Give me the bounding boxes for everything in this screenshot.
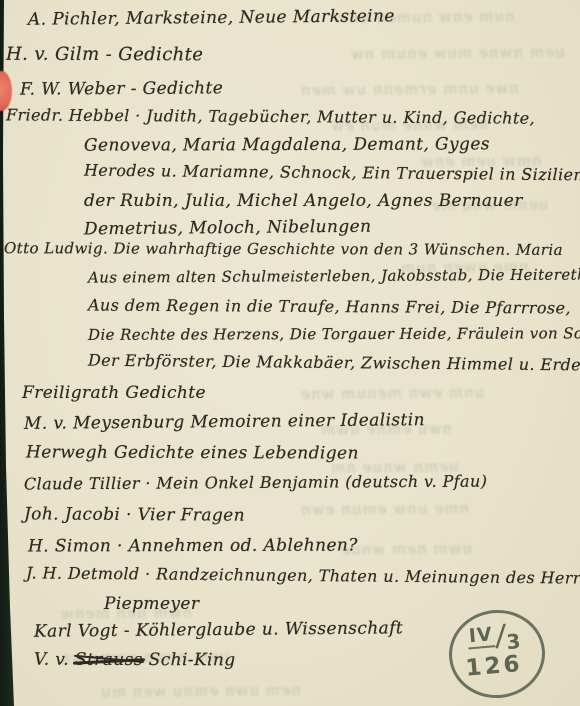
manuscript-line: Demetrius, Moloch, Nibelungen xyxy=(84,217,372,240)
manuscript-line: Otto Ludwig. Die wahrhaftige Geschichte … xyxy=(4,239,563,259)
manuscript-line: V. v. Strauss Schi-King xyxy=(34,650,236,671)
handwriting-layer: A. Pichler, Marksteine, Neue MarksteineH… xyxy=(0,0,580,706)
manuscript-line: J. H. Detmold · Randzeichnungen, Thaten … xyxy=(26,563,580,587)
crossed-out-name: Strauss xyxy=(75,650,143,670)
stamp-denominator: 3 xyxy=(506,631,522,652)
manuscript-line: Freiligrath Gedichte xyxy=(22,383,206,403)
manuscript-line: Die Rechte des Herzens, Die Torgauer Hei… xyxy=(88,324,580,344)
manuscript-page: num enw numen uneruem nwne muw enum nwnw… xyxy=(0,0,580,706)
manuscript-text: V. v. xyxy=(34,650,75,670)
manuscript-line: Der Erbförster, Die Makkabäer, Zwischen … xyxy=(88,351,580,375)
manuscript-line: A. Pichler, Marksteine, Neue Marksteine xyxy=(28,6,395,29)
manuscript-line: Friedr. Hebbel · Judith, Tagebücher, Mut… xyxy=(6,105,535,127)
manuscript-line: H. Simon · Annehmen od. Ablehnen? xyxy=(28,535,358,556)
manuscript-line: Aus einem alten Schulmeisterleben, Jakob… xyxy=(88,265,580,286)
manuscript-line: der Rubin, Julia, Michel Angelo, Agnes B… xyxy=(84,191,523,211)
manuscript-line: Karl Vogt - Köhlerglaube u. Wissenschaft xyxy=(34,618,403,641)
manuscript-line: H. v. Gilm - Gedichte xyxy=(6,44,203,66)
manuscript-line: M. v. Meysenburg Memoiren einer Idealist… xyxy=(24,410,425,434)
stamp-numerator: IV xyxy=(466,625,496,649)
stamp-slash: / xyxy=(496,622,507,652)
manuscript-line: Herwegh Gedichte eines Lebendigen xyxy=(26,442,359,463)
manuscript-line: Aus dem Regen in die Traufe, Hanns Frei,… xyxy=(88,295,571,317)
manuscript-line: Genoveva, Maria Magdalena, Demant, Gyges xyxy=(84,134,490,155)
manuscript-line: Piepmeyer xyxy=(104,594,199,614)
manuscript-line: F. W. Weber - Gedichte xyxy=(20,78,223,99)
manuscript-line: Herodes u. Mariamne, Schnock, Ein Trauer… xyxy=(84,161,580,185)
manuscript-line: Claude Tillier · Mein Onkel Benjamin (de… xyxy=(24,472,487,494)
manuscript-text: Schi-King xyxy=(143,650,236,670)
manuscript-line: Joh. Jacobi · Vier Fragen xyxy=(24,504,245,525)
